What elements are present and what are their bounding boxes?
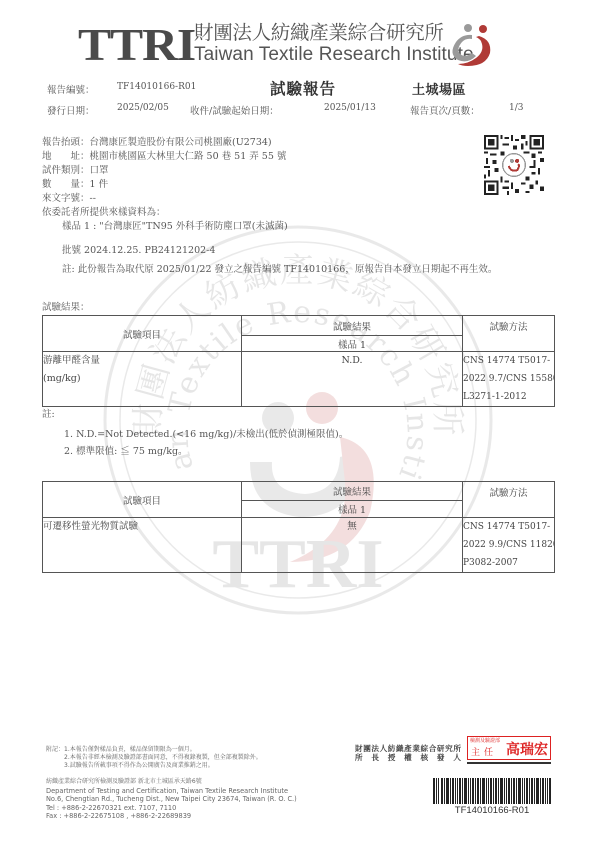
qr-code [484, 135, 544, 195]
signature-line [467, 762, 551, 764]
address-label: 地 址： [42, 151, 90, 162]
applicant-row: 報告抬頭：台灣康匠製造股份有限公司桃園廠(U2734) [42, 137, 272, 149]
issue-date-label: 發行日期： [47, 103, 95, 117]
sample-description: 樣品 1 : "台灣康匠"TN95 外科手術防塵口罩(未滅菌) [62, 221, 288, 233]
barcode [433, 778, 551, 804]
provided-info-label: 依委託者所提供來樣資料為： [42, 207, 166, 219]
page-count-label: 報告頁次/頁數： [410, 103, 480, 117]
page-count: 1/3 [509, 103, 523, 113]
applicant-label: 報告抬頭： [42, 137, 90, 148]
reference-label: 來文字號： [42, 193, 90, 204]
stamp-title: 主任 [471, 745, 497, 758]
cell-test-item: 游離甲醛含量 (mg/kg) [43, 352, 242, 407]
barcode-text: TF14010166-R01 [433, 805, 551, 816]
header-test-result: 試驗結果 [242, 482, 463, 501]
received-date: 2025/01/13 [324, 103, 376, 113]
reference-row: 來文字號：-- [42, 193, 96, 205]
note-2: 2. 標準限值: ≦ 75 mg/kg。 [64, 446, 188, 458]
table-row: 可遷移性螢光物質試驗 無 CNS 14774 T5017- 2022 9.9/C… [43, 518, 555, 573]
header-sample-1: 樣品 1 [242, 336, 463, 352]
page-title: 試驗報告 [270, 77, 336, 99]
signatory-text: 財團法人紡織產業綜合研究所 所 長 授 權 核 發 人 [355, 744, 462, 762]
footer-notes: 附記：1.本報告僅對樣品負責，樣品保留期限為一個月。 2.本報告非經本檢測及驗證… [46, 746, 262, 770]
logo-org-name-en: Taiwan Textile Research Institute [194, 44, 474, 66]
address-value: 桃園市桃園區大林里大仁路 50 巷 51 弄 55 號 [90, 151, 287, 162]
header-test-method: 試驗方法 [463, 316, 555, 352]
applicant-value: 台灣康匠製造股份有限公司桃園廠(U2734) [90, 137, 272, 148]
cell-test-item: 可遷移性螢光物質試驗 [43, 518, 242, 573]
stamp-name: 高瑞宏 [506, 739, 548, 759]
cell-result: 無 [242, 518, 463, 573]
header-sample-1: 樣品 1 [242, 501, 463, 518]
stamp-department: 檢測及驗證部 [470, 738, 500, 744]
cell-method: CNS 14774 T5017- 2022 9.9/CNS 11820 P308… [463, 518, 555, 573]
address-row: 地 址：桃園市桃園區大林里大仁路 50 巷 51 弄 55 號 [42, 151, 286, 163]
table-row: 游離甲醛含量 (mg/kg) N.D. CNS 14774 T5017- 202… [43, 352, 555, 407]
issue-date: 2025/02/05 [117, 103, 169, 113]
header-test-result: 試驗結果 [242, 316, 463, 336]
ttri-logo-icon [446, 20, 496, 68]
cell-result: N.D. [242, 352, 463, 407]
notes-label: 註: [42, 409, 55, 421]
results-section-label: 試驗結果： [42, 302, 90, 314]
cell-method: CNS 14774 T5017- 2022 9.7/CNS 15580-1 L3… [463, 352, 555, 407]
reference-value: -- [90, 193, 96, 204]
quantity-value: 1 件 [90, 179, 109, 190]
category-value: 口罩 [90, 165, 109, 176]
quantity-row: 數 量：1 件 [42, 179, 108, 191]
logo-ttri-abbr: TTRI [78, 22, 195, 68]
note-1: 1. N.D.=Not Detected.(<16 mg/kg)/未檢出(低於偵… [64, 429, 348, 441]
header-test-item: 試驗項目 [43, 316, 242, 352]
signature-stamp: 檢測及驗證部 主任 高瑞宏 [467, 736, 551, 760]
replacement-note: 註: 此份報告為取代原 2025/01/22 發立之報告編號 TF1401016… [62, 264, 497, 276]
results-table-fluorescent: 試驗項目 試驗結果 試驗方法 樣品 1 可遷移性螢光物質試驗 無 CNS 147… [42, 481, 555, 573]
report-number: TF14010166-R01 [117, 82, 196, 92]
received-date-label: 收件/試驗起始日期： [190, 103, 279, 117]
footer-address: 紡織產業綜合研究所檢測及驗證部 新北市土城區承天路6號 Department o… [46, 778, 297, 821]
category-label: 試件類別： [42, 165, 90, 176]
results-table-formaldehyde: 試驗項目 試驗結果 試驗方法 樣品 1 游離甲醛含量 (mg/kg) N.D. … [42, 315, 555, 407]
quantity-label: 數 量： [42, 179, 90, 190]
batch-number: 批號 2024.12.25. PB24121202-4 [62, 245, 215, 257]
header-test-method: 試驗方法 [463, 482, 555, 518]
site-title: 土城場區 [412, 79, 466, 98]
logo-org-name-zh: 財團法人紡織產業綜合研究所 [194, 22, 444, 44]
header-test-item: 試驗項目 [43, 482, 242, 518]
report-number-label: 報告編號： [47, 82, 95, 96]
category-row: 試件類別：口罩 [42, 165, 109, 177]
